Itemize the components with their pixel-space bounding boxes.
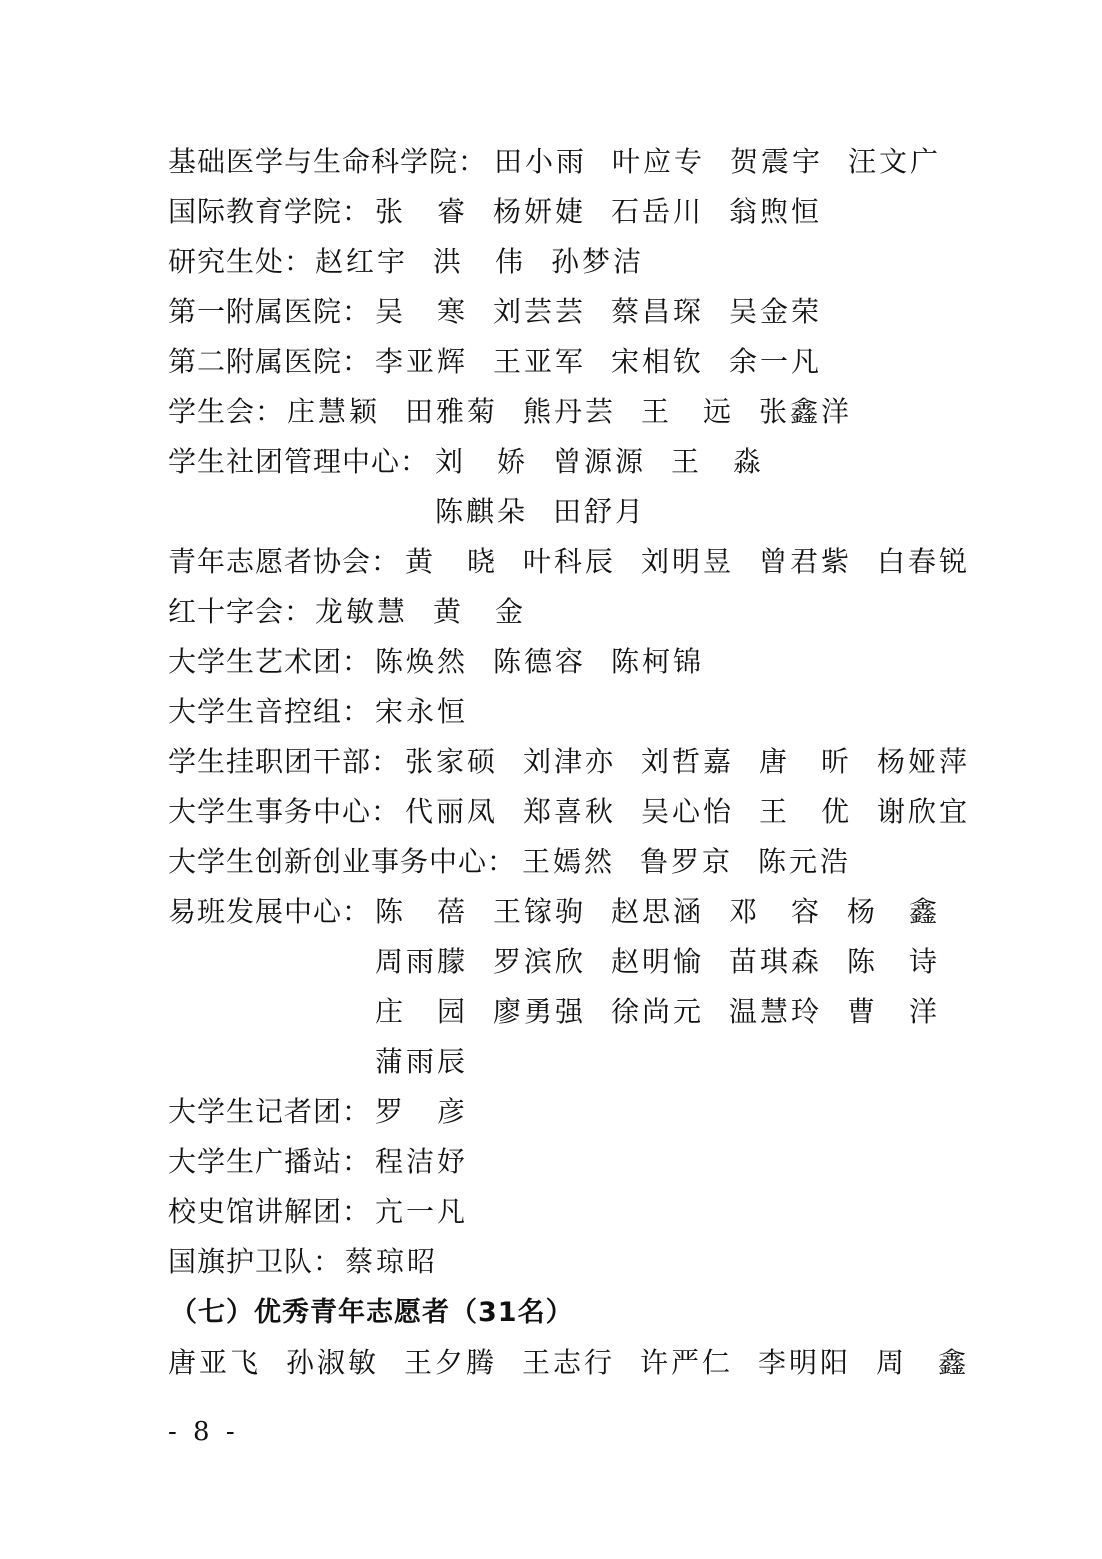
person-name: 刘 娇 [435, 442, 528, 482]
award-row: 学生会：庄慧颖田雅菊熊丹芸王 远张鑫洋 [168, 392, 988, 432]
person-name: 吴金荣 [729, 292, 822, 332]
person-name: 田舒月 [553, 492, 646, 532]
person-name: 曾源源 [553, 442, 646, 482]
award-row: 周雨朦罗滨欣赵明愉苗琪森陈 诗 [168, 942, 988, 982]
person-name: 庄慧颖 [287, 392, 380, 432]
award-row: 第二附属医院：李亚辉王亚军宋相钦余一凡 [168, 342, 988, 382]
person-name: 唐亚飞 [168, 1343, 261, 1383]
person-name: 翁煦恒 [729, 192, 822, 232]
person-name: 周雨朦 [375, 942, 468, 982]
person-name: 田雅菊 [405, 392, 498, 432]
person-name: 陈柯锦 [611, 642, 704, 682]
person-name: 鲁罗京 [640, 842, 733, 882]
person-name: 陈麒朵 [435, 492, 528, 532]
unit-label: 大学生事务中心： [168, 792, 400, 832]
person-name: 吴 寒 [375, 292, 468, 332]
person-name: 王亚军 [493, 342, 586, 382]
award-row: 校史馆讲解团：亢一凡 [168, 1192, 988, 1232]
award-row: 陈麒朵田舒月 [168, 492, 988, 532]
person-name: 代丽凤 [405, 792, 498, 832]
award-row: 蒲雨辰 [168, 1042, 988, 1082]
award-row: 学生挂职团干部：张家硕刘津亦刘哲嘉唐 昕杨娅萍 [168, 742, 988, 782]
unit-label: 基础医学与生命科学院： [168, 142, 487, 182]
person-name: 赵明愉 [611, 942, 704, 982]
person-name: 李亚辉 [375, 342, 468, 382]
person-name: 张鑫洋 [759, 392, 852, 432]
award-row: 大学生记者团：罗 彦 [168, 1092, 988, 1132]
person-name: 陈焕然 [375, 642, 468, 682]
award-row: 易班发展中心：陈 蓓王镓驹赵思涵邓 容杨 鑫 [168, 892, 988, 932]
unit-label: 红十字会： [168, 592, 313, 632]
award-row: 研究生处：赵红宇洪 伟孙梦洁 [168, 242, 988, 282]
person-name: 杨娅萍 [877, 742, 970, 782]
person-name: 叶科辰 [523, 542, 616, 582]
person-name: 亢一凡 [375, 1192, 468, 1232]
person-name: 张 睿 [375, 192, 468, 232]
award-row: 青年志愿者协会：黄 晓叶科辰刘明昱曾君紫白春锐 [168, 542, 988, 582]
unit-label: 大学生广播站： [168, 1142, 371, 1182]
person-name: 罗滨欣 [493, 942, 586, 982]
person-name: 周 鑫 [876, 1343, 969, 1383]
person-name: 程洁妤 [375, 1142, 468, 1182]
person-name: 庄 园 [375, 992, 468, 1032]
person-name: 王志行 [522, 1343, 615, 1383]
unit-label: 校史馆讲解团： [168, 1192, 371, 1232]
person-name: 汪文广 [848, 142, 941, 182]
award-row: 国旗护卫队：蔡琼昭 [168, 1242, 988, 1282]
person-name: 王夕腾 [404, 1343, 497, 1383]
person-name: 杨妍婕 [493, 192, 586, 232]
person-name: 孙梦洁 [551, 242, 644, 282]
person-name: 王 优 [759, 792, 852, 832]
unit-label: 国际教育学院： [168, 192, 371, 232]
unit-label: 大学生音控组： [168, 692, 371, 732]
person-name: 曾君紫 [759, 542, 852, 582]
person-name: 吴心怡 [641, 792, 734, 832]
unit-label: 大学生创新创业事务中心： [168, 842, 516, 882]
unit-label: 大学生艺术团： [168, 642, 371, 682]
person-name: 洪 伟 [433, 242, 526, 282]
person-name: 苗琪森 [729, 942, 822, 982]
person-name: 邓 容 [729, 892, 822, 932]
unit-label: 第一附属医院： [168, 292, 371, 332]
person-name: 陈元浩 [758, 842, 851, 882]
person-name: 孙淑敏 [286, 1343, 379, 1383]
person-name: 叶应专 [612, 142, 705, 182]
person-name: 余一凡 [729, 342, 822, 382]
person-name: 罗 彦 [375, 1092, 468, 1132]
person-name: 陈 诗 [847, 942, 940, 982]
person-name: 陈德容 [493, 642, 586, 682]
unit-label: 青年志愿者协会： [168, 542, 400, 582]
person-name: 蔡琼昭 [345, 1242, 438, 1282]
person-name: 廖勇强 [493, 992, 586, 1032]
person-name: 熊丹芸 [523, 392, 616, 432]
person-name: 白春锐 [877, 542, 970, 582]
unit-label: 学生社团管理中心： [168, 442, 429, 482]
person-name: 郑喜秋 [523, 792, 616, 832]
person-name: 陈 蓓 [375, 892, 468, 932]
unit-label: 易班发展中心： [168, 892, 371, 932]
person-name: 石岳川 [611, 192, 704, 232]
person-name: 赵红宇 [315, 242, 408, 282]
person-name: 王 远 [641, 392, 734, 432]
award-row: 大学生事务中心：代丽凤郑喜秋吴心怡王 优谢欣宜 [168, 792, 988, 832]
person-name: 刘明昱 [641, 542, 734, 582]
volunteer-names-row: 唐亚飞孙淑敏王夕腾王志行许严仁李明阳周 鑫 [168, 1343, 988, 1383]
person-name: 王嫣然 [522, 842, 615, 882]
person-name: 谢欣宜 [877, 792, 970, 832]
person-name: 唐 昕 [759, 742, 852, 782]
person-name: 宋相钦 [611, 342, 704, 382]
person-name: 黄 晓 [405, 542, 498, 582]
award-row: 第一附属医院：吴 寒刘芸芸蔡昌琛吴金荣 [168, 292, 988, 332]
person-name: 蒲雨辰 [375, 1042, 468, 1082]
person-name: 曹 洋 [847, 992, 940, 1032]
person-name: 张家硕 [405, 742, 498, 782]
person-name: 杨 鑫 [847, 892, 940, 932]
award-row: 红十字会：龙敏慧黄 金 [168, 592, 988, 632]
person-name: 田小雨 [494, 142, 587, 182]
unit-label: 国旗护卫队： [168, 1242, 342, 1282]
unit-label: 大学生记者团： [168, 1092, 371, 1132]
person-name: 黄 金 [433, 592, 526, 632]
unit-label: 学生会： [168, 392, 284, 432]
section-heading: （七）优秀青年志愿者（31名） [170, 1293, 574, 1333]
award-row: 大学生创新创业事务中心：王嫣然鲁罗京陈元浩 [168, 842, 988, 882]
award-row: 学生社团管理中心：刘 娇曾源源王 淼 [168, 442, 988, 482]
person-name: 蔡昌琛 [611, 292, 704, 332]
person-name: 王镓驹 [493, 892, 586, 932]
unit-label: 学生挂职团干部： [168, 742, 400, 782]
person-name: 龙敏慧 [315, 592, 408, 632]
person-name: 刘津亦 [523, 742, 616, 782]
unit-label: 研究生处： [168, 242, 313, 282]
award-row: 国际教育学院：张 睿杨妍婕石岳川翁煦恒 [168, 192, 988, 232]
person-name: 徐尚元 [611, 992, 704, 1032]
award-row: 大学生音控组：宋永恒 [168, 692, 988, 732]
person-name: 李明阳 [758, 1343, 851, 1383]
person-name: 刘哲嘉 [641, 742, 734, 782]
award-row: 庄 园廖勇强徐尚元温慧玲曹 洋 [168, 992, 988, 1032]
page-number: - 8 - [168, 1412, 239, 1452]
person-name: 王 淼 [671, 442, 764, 482]
person-name: 贺震宇 [730, 142, 823, 182]
unit-label: 第二附属医院： [168, 342, 371, 382]
award-row: 大学生艺术团：陈焕然陈德容陈柯锦 [168, 642, 988, 682]
person-name: 宋永恒 [375, 692, 468, 732]
person-name: 温慧玲 [729, 992, 822, 1032]
award-row: 基础医学与生命科学院：田小雨叶应专贺震宇汪文广 [168, 142, 988, 182]
award-row: 大学生广播站：程洁妤 [168, 1142, 988, 1182]
person-name: 赵思涵 [611, 892, 704, 932]
person-name: 许严仁 [640, 1343, 733, 1383]
person-name: 刘芸芸 [493, 292, 586, 332]
